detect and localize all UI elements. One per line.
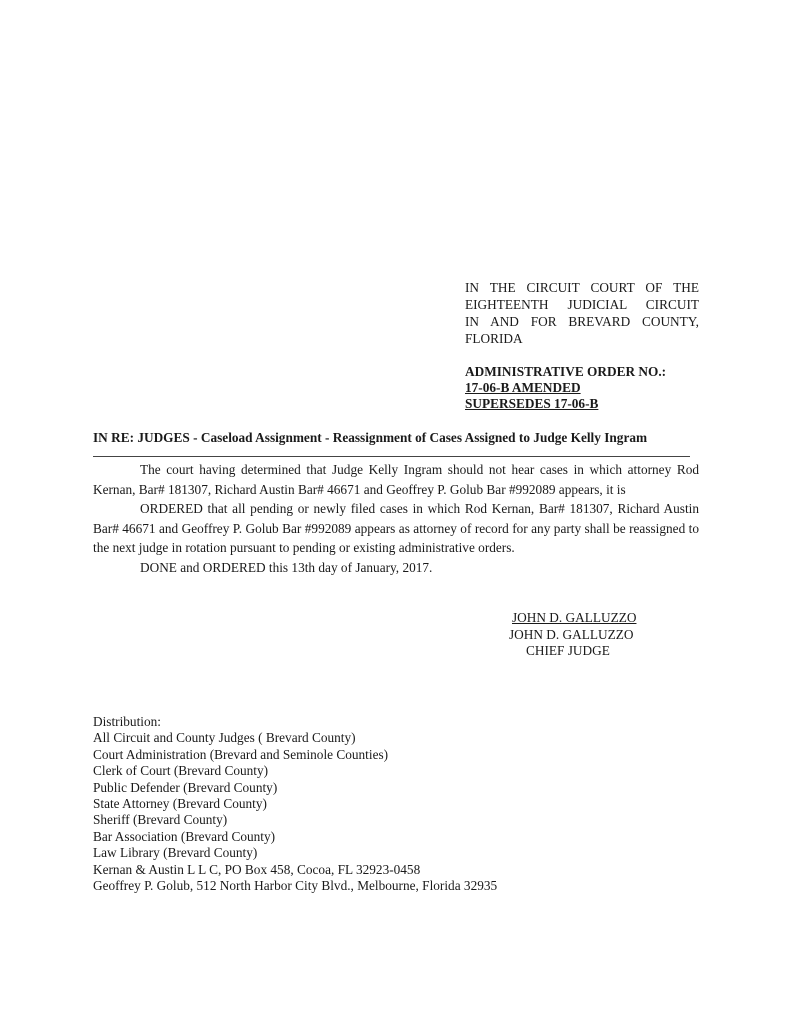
- distribution-heading: Distribution:: [93, 714, 497, 730]
- distribution-item: Geoffrey P. Golub, 512 North Harbor City…: [93, 878, 497, 894]
- distribution-item: All Circuit and County Judges ( Brevard …: [93, 730, 497, 746]
- body-paragraph: The court having determined that Judge K…: [93, 460, 699, 499]
- document-page: IN THE CIRCUIT COURT OF THE EIGHTEENTH J…: [0, 0, 791, 1024]
- administrative-order-number: ADMINISTRATIVE ORDER NO.: 17-06-B AMENDE…: [465, 364, 666, 412]
- court-caption: IN THE CIRCUIT COURT OF THE EIGHTEENTH J…: [465, 279, 699, 347]
- order-body: The court having determined that Judge K…: [93, 460, 699, 577]
- distribution-item: Clerk of Court (Brevard County): [93, 763, 497, 779]
- body-paragraph: ORDERED that all pending or newly filed …: [93, 499, 699, 558]
- distribution-item: Public Defender (Brevard County): [93, 780, 497, 796]
- distribution-item: Kernan & Austin L L C, PO Box 458, Cocoa…: [93, 862, 497, 878]
- caption-line: IN THE CIRCUIT COURT OF THE: [465, 279, 699, 296]
- in-re-heading: IN RE: JUDGES - Caseload Assignment - Re…: [93, 430, 647, 446]
- printed-name: JOHN D. GALLUZZO: [509, 627, 636, 644]
- signature-line: JOHN D. GALLUZZO: [512, 610, 636, 627]
- caption-line: IN AND FOR BREVARD COUNTY,: [465, 313, 699, 330]
- distribution-list: Distribution: All Circuit and County Jud…: [93, 714, 497, 894]
- signature-block: JOHN D. GALLUZZO JOHN D. GALLUZZO CHIEF …: [509, 610, 636, 660]
- distribution-item: Sheriff (Brevard County): [93, 812, 497, 828]
- order-supersedes: SUPERSEDES 17-06-B: [465, 396, 666, 412]
- judge-title: CHIEF JUDGE: [526, 643, 636, 660]
- horizontal-rule: [93, 456, 690, 457]
- distribution-item: Court Administration (Brevard and Semino…: [93, 747, 497, 763]
- caption-line: FLORIDA: [465, 330, 699, 347]
- distribution-item: State Attorney (Brevard County): [93, 796, 497, 812]
- order-label: ADMINISTRATIVE ORDER NO.:: [465, 364, 666, 380]
- distribution-item: Bar Association (Brevard County): [93, 829, 497, 845]
- order-number: 17-06-B AMENDED: [465, 380, 666, 396]
- distribution-item: Law Library (Brevard County): [93, 845, 497, 861]
- body-paragraph: DONE and ORDERED this 13th day of Januar…: [93, 558, 699, 578]
- caption-line: EIGHTEENTH JUDICIAL CIRCUIT: [465, 296, 699, 313]
